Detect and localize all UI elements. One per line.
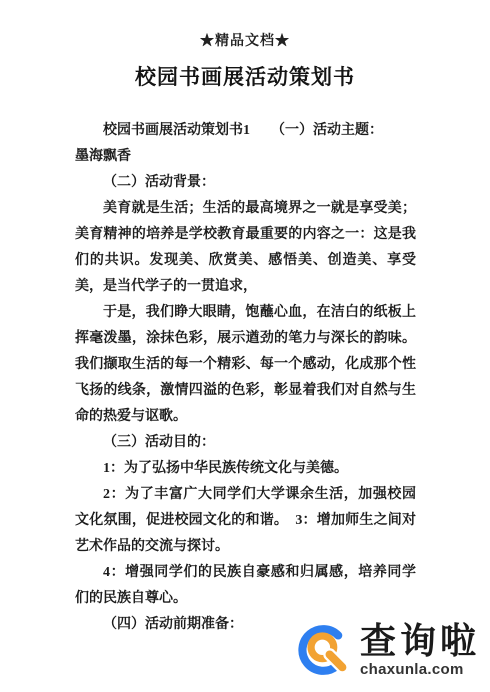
document-body: 校园书画展活动策划书1 （一）活动主题： 墨海飘香 （二）活动背景： 美育就是生… <box>75 118 416 638</box>
paragraph: 美育就是生活；生活的最高境界之一就是享受美；美育精神的培养是学校教育最重要的内容… <box>75 196 416 300</box>
chaxunla-watermark: 查询啦 chaxunla.com <box>297 621 480 679</box>
magnifier-logo-icon <box>297 621 355 679</box>
brand-domain: chaxunla.com <box>360 661 464 678</box>
document-page: ★精品文档★ 校园书画展活动策划书 校园书画展活动策划书1 （一）活动主题： 墨… <box>0 0 490 638</box>
paragraph: 4：增强同学们的民族自豪感和归属感，培养同学们的民族自尊心。 <box>75 560 416 612</box>
paragraph: 1：为了弘扬中华民族传统文化与美德。 <box>75 456 416 482</box>
page-title: 校园书画展活动策划书 <box>0 61 490 91</box>
paragraph: 于是，我们睁大眼睛，饱蘸心血，在洁白的纸板上挥毫泼墨，涂抹色彩，展示遒劲的笔力与… <box>75 300 416 430</box>
brand-name: 查询啦 <box>360 622 480 660</box>
paragraph: （三）活动目的： <box>75 430 416 456</box>
watermark-text-block: 查询啦 chaxunla.com <box>360 622 480 678</box>
paragraph: 墨海飘香 <box>75 144 416 170</box>
premium-doc-badge: ★精品文档★ <box>0 0 490 50</box>
paragraph: （二）活动背景： <box>75 170 416 196</box>
paragraph: 2：为了丰富广大同学们大学课余生活，加强校园文化氛围，促进校园文化的和谐。 3：… <box>75 482 416 560</box>
paragraph: 校园书画展活动策划书1 （一）活动主题： <box>75 118 416 144</box>
